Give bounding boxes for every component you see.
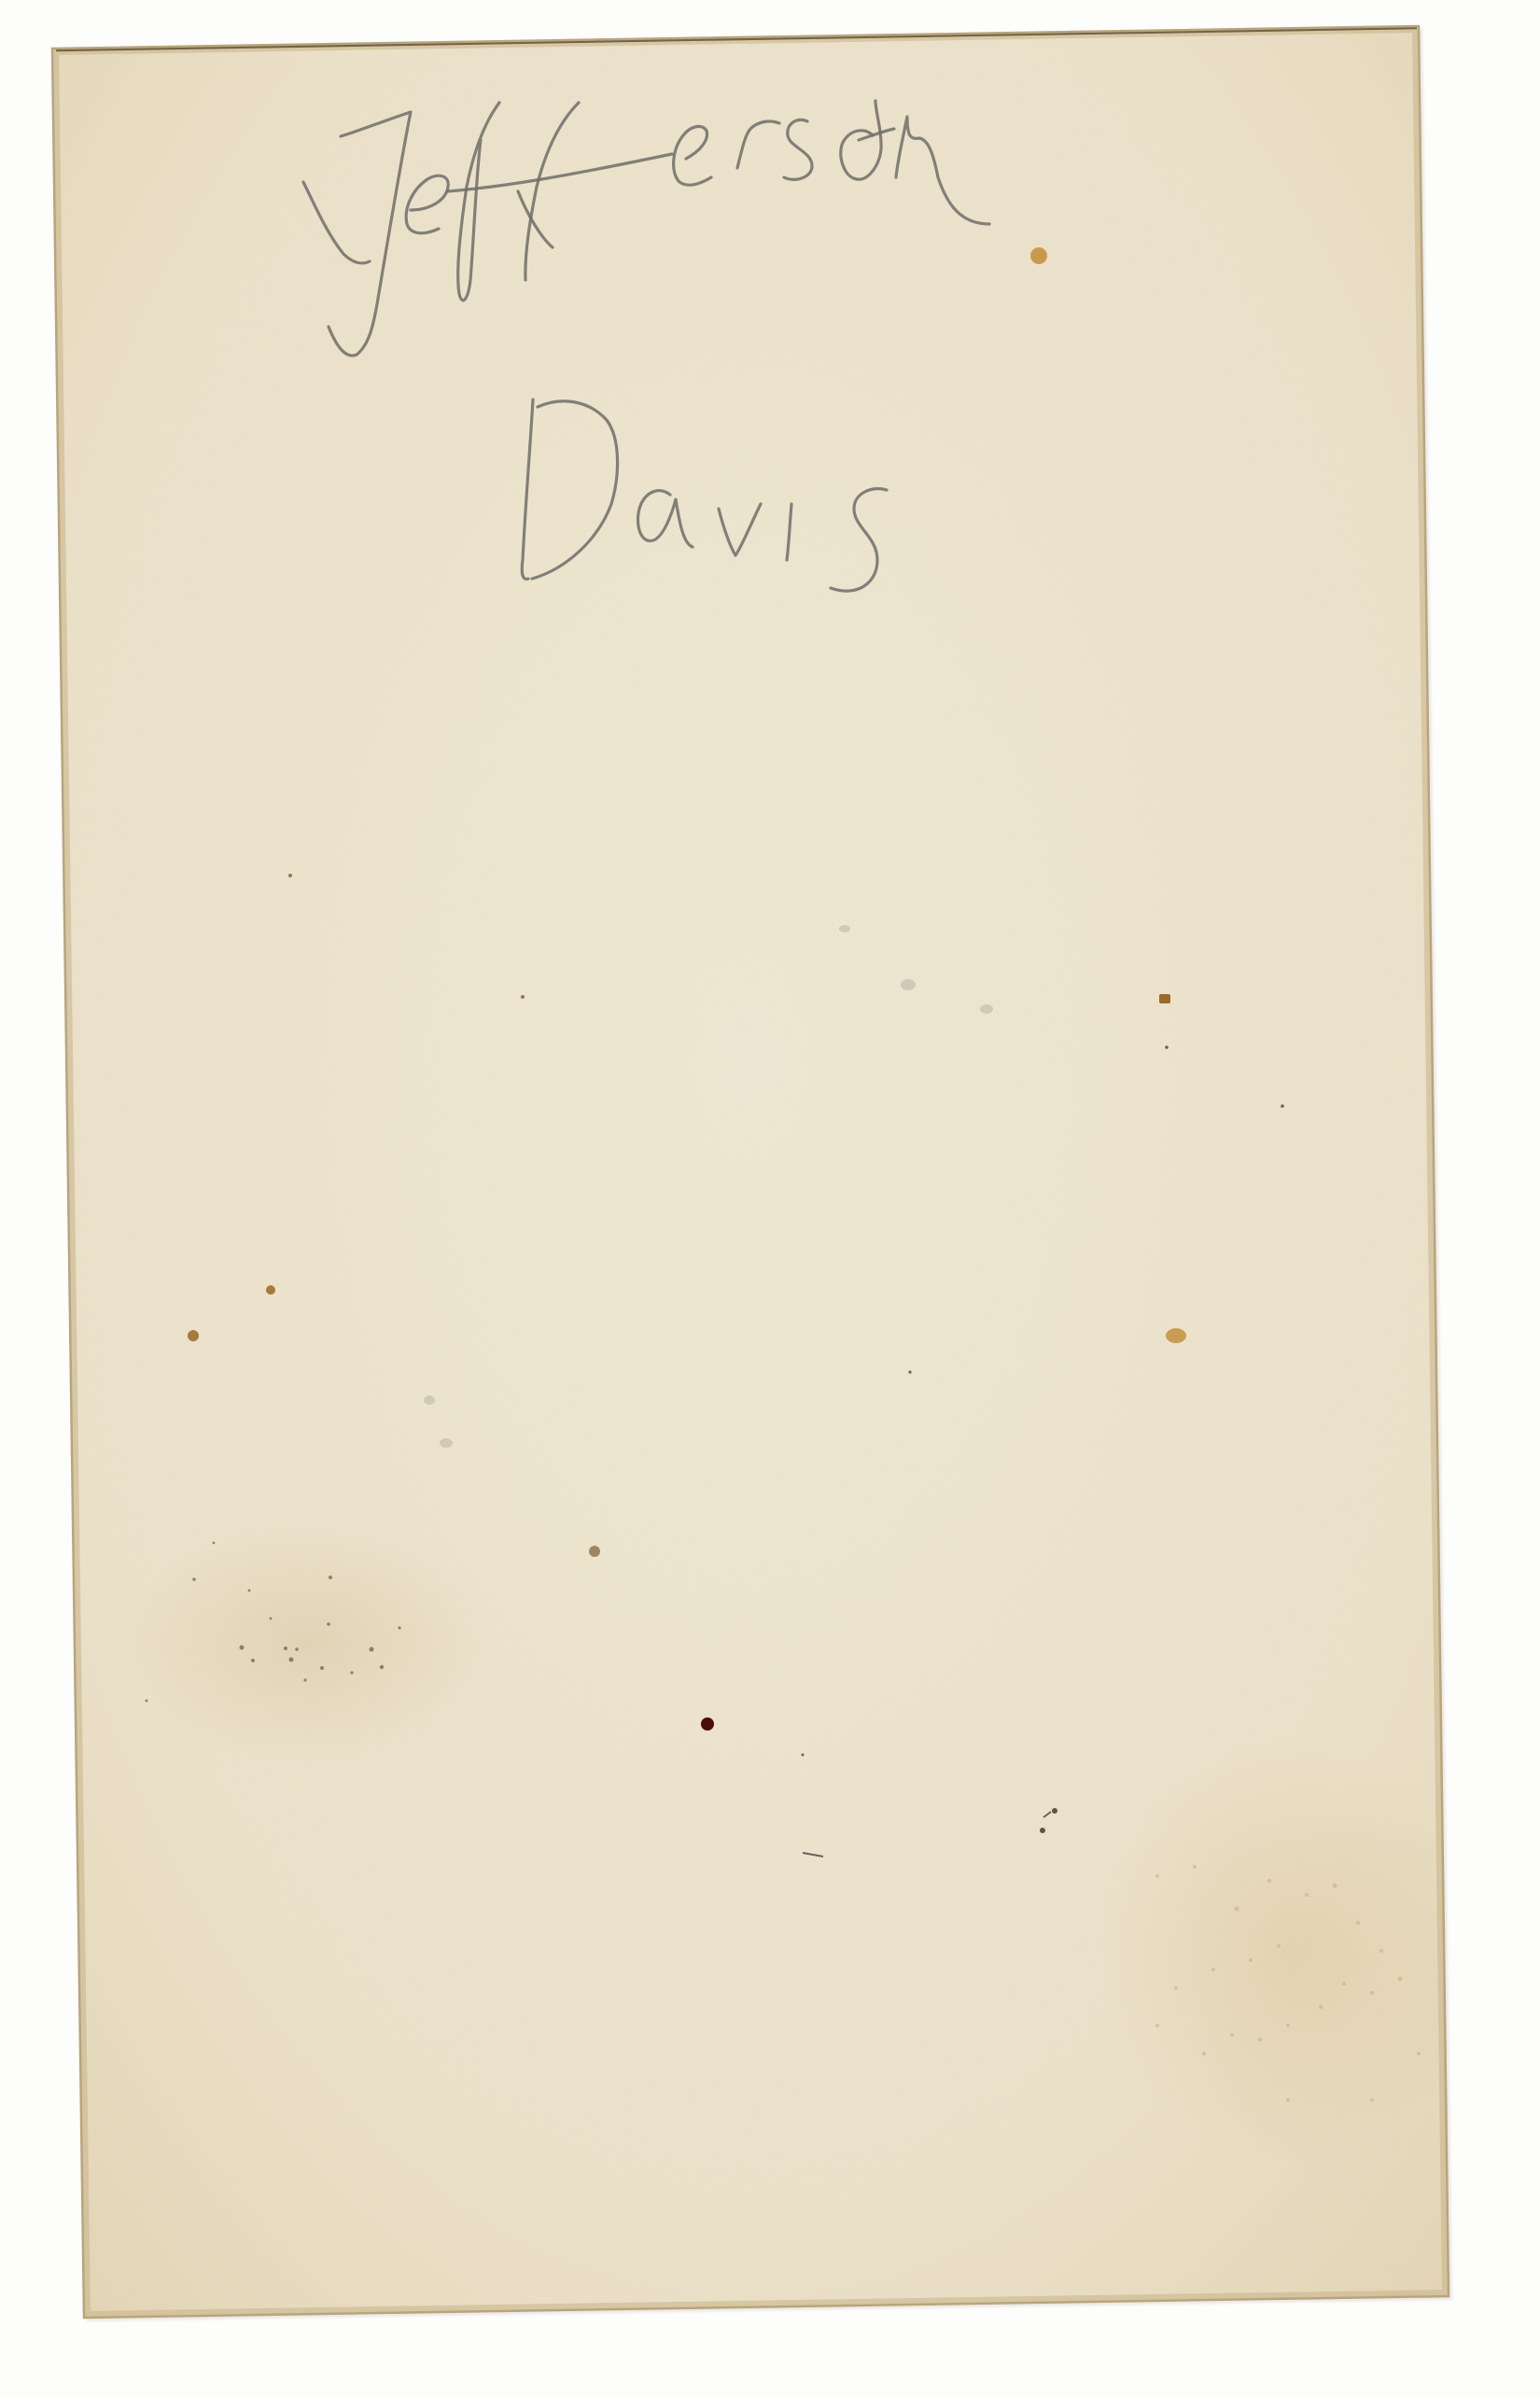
foxing-spot [1159, 994, 1170, 1003]
ink-dot [701, 1717, 714, 1731]
scanned-card-stage: Jefferson Davis [0, 0, 1540, 2397]
speck [288, 874, 292, 877]
foxing-spot [589, 1546, 600, 1557]
speck [1165, 1045, 1169, 1049]
foxing-spot [188, 1330, 199, 1341]
foxing-spot [266, 1285, 275, 1295]
fingerprint-stain [1097, 1736, 1489, 2166]
speck [1052, 1808, 1057, 1814]
speck [521, 995, 525, 999]
speck [1040, 1828, 1045, 1833]
card-scan [0, 0, 1540, 2397]
speckle-stain [121, 1521, 495, 1764]
speck [802, 1754, 805, 1757]
speck [1281, 1104, 1284, 1108]
speck [908, 1370, 911, 1373]
foxing-spot [1166, 1328, 1186, 1343]
foxing-spot [1030, 247, 1047, 264]
